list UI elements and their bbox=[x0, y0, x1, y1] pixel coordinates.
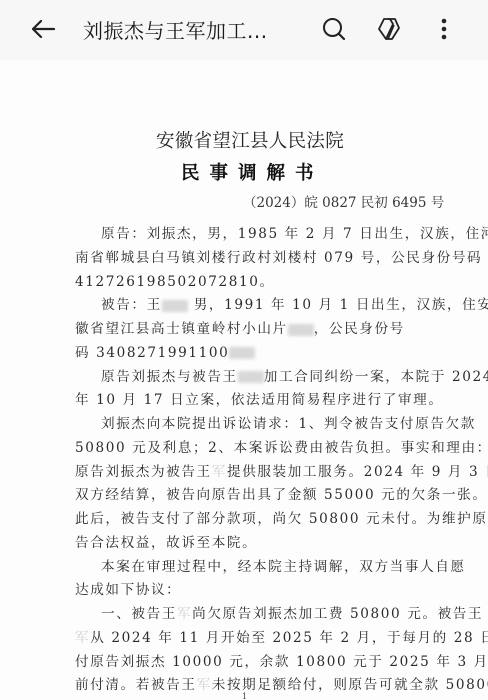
redacted-text: 军 bbox=[197, 677, 212, 693]
document-line: 刘振杰向本院提出诉讼请求：1、判令被告支付原告欠款 bbox=[101, 412, 476, 432]
document-line: 此后，被告支付了部分款项，尚欠 50800 元未付。为维护原 bbox=[75, 507, 488, 527]
redacted-text bbox=[229, 347, 255, 359]
page-number: 1 bbox=[242, 692, 247, 700]
redacted-text bbox=[162, 300, 188, 312]
document-line: 军从 2024 年 11 月开始至 2025 年 2 月，于每月的 28 日前给 bbox=[75, 626, 488, 646]
case-number: （2024）皖 0827 民初 6495 号 bbox=[243, 191, 444, 211]
redacted-text: 军 bbox=[177, 606, 192, 622]
more-vertical-icon bbox=[439, 15, 449, 43]
document-line: 前付清。若被告王军未按期足额给付，则原告可就全款 50800 bbox=[75, 673, 488, 693]
more-options-button[interactable] bbox=[428, 13, 460, 45]
document-title: 刘振杰与王军加工... bbox=[83, 15, 268, 44]
document-line: 徽省望江县高士镇童岭村小山片，公民身份号 bbox=[75, 317, 405, 337]
redacted-text bbox=[238, 371, 264, 383]
document-line: 原告刘振杰与被告王加工合同纠纷一案，本院于 2024 bbox=[101, 365, 488, 385]
document-line: 南省郸城县白马镇刘楼行政村刘楼村 079 号，公民身份号码 bbox=[75, 246, 482, 266]
document-heading: 民事调解书 bbox=[181, 159, 324, 185]
top-app-bar: 刘振杰与王军加工... bbox=[0, 0, 488, 60]
redacted-text: 军 bbox=[212, 464, 227, 480]
arrow-left-icon bbox=[28, 14, 58, 44]
document-line: 达成如下协议： bbox=[75, 578, 181, 598]
document-line: 一、被告王军尚欠原告刘振杰加工费 50800 元。被告王 bbox=[101, 602, 483, 622]
document-line: 原告：刘振杰，男，1985 年 2 月 7 日出生，汉族，住河 bbox=[101, 222, 488, 242]
search-button[interactable] bbox=[318, 13, 350, 45]
ai-assistant-button[interactable] bbox=[373, 13, 405, 45]
search-icon bbox=[320, 15, 348, 43]
document-line: 付原告刘振杰 10000 元，余款 10800 元于 2025 年 3 月 28… bbox=[75, 650, 488, 670]
document-line: 412726198502072810。 bbox=[75, 270, 275, 290]
back-button[interactable] bbox=[28, 14, 58, 44]
document-line: 50800 元及利息；2、本案诉讼费由被告负担。事实和理由： bbox=[75, 436, 488, 456]
redacted-text bbox=[288, 324, 314, 336]
diamond-logo-icon bbox=[375, 15, 403, 43]
document-line: 告合法权益，故诉至本院。 bbox=[75, 531, 257, 551]
document-line: 双方经结算，被告向原告出具了金额 55000 元的欠条一张。 bbox=[75, 483, 488, 503]
document-line: 年 10 月 17 日立案，依法适用简易程序进行了审理。 bbox=[75, 388, 444, 408]
document-line: 原告刘振杰为被告王军提供服装加工服务。2024 年 9 月 3 日， bbox=[75, 460, 488, 480]
document-line: 码 3408271991100 bbox=[75, 341, 255, 361]
document-line: 本案在审理过程中，经本院主持调解，双方当事人自愿 bbox=[101, 555, 466, 575]
document-line: 被告：王 男，1991 年 10 月 1 日出生，汉族，住安 bbox=[101, 293, 488, 313]
redacted-text: 军 bbox=[75, 630, 90, 646]
court-name: 安徽省望江县人民法院 bbox=[156, 127, 344, 153]
